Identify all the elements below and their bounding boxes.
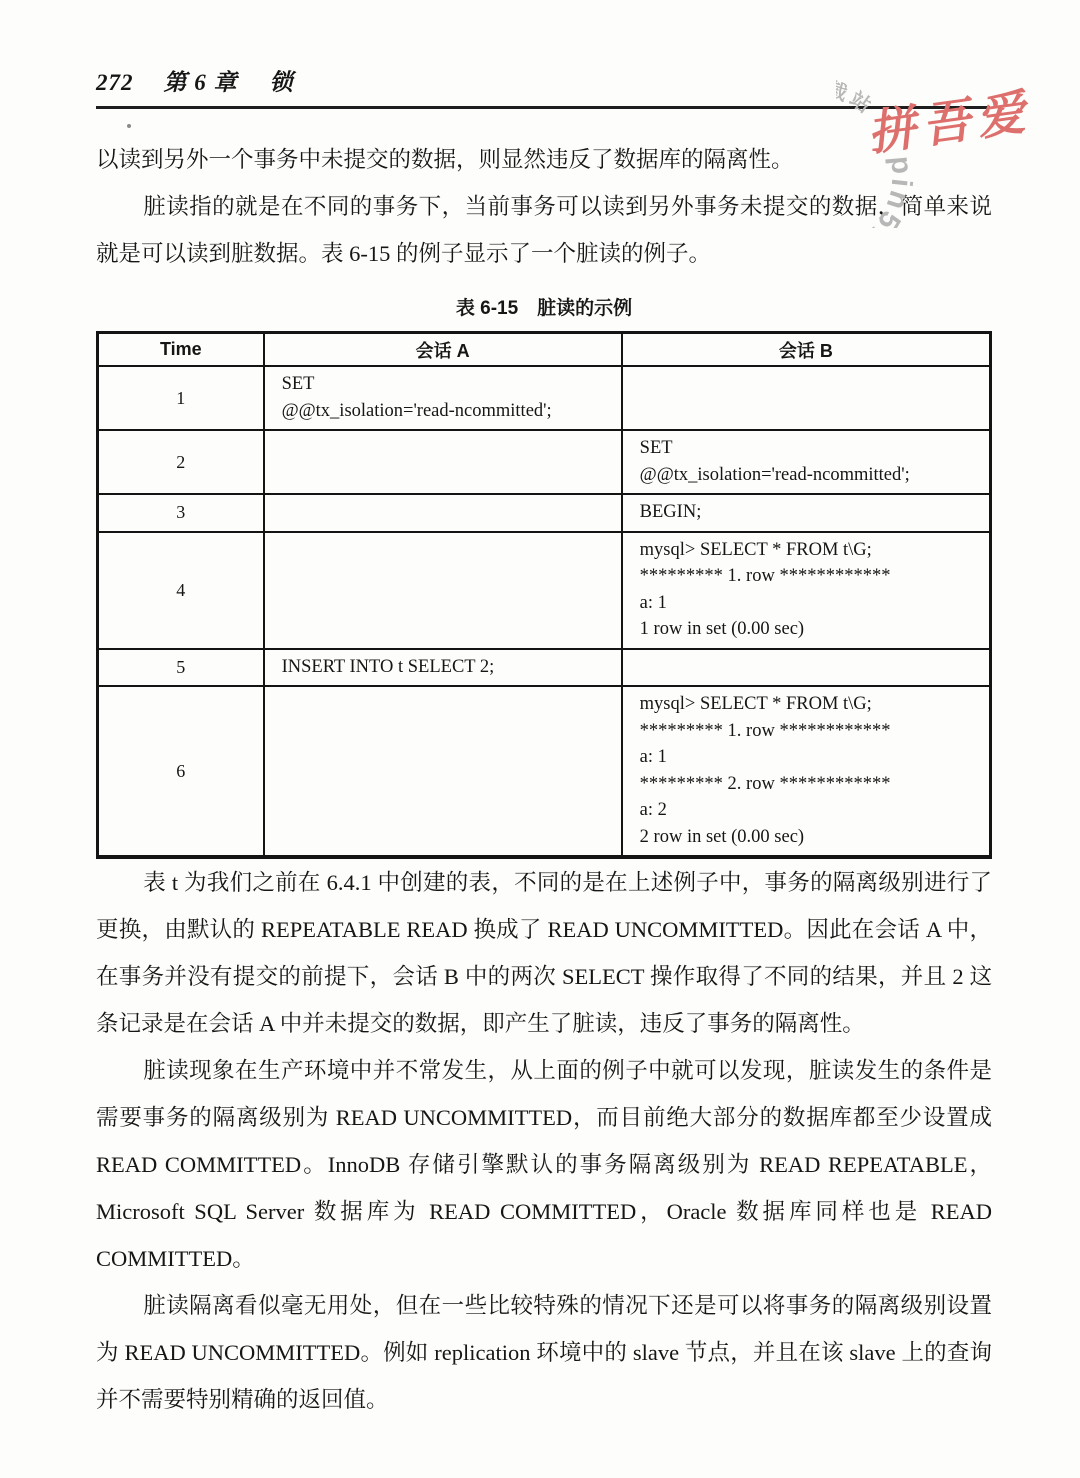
column-header: 会话 A — [264, 333, 622, 367]
cell-time: 3 — [98, 494, 264, 532]
code-line: ********* 1. row ************ — [640, 718, 981, 745]
code-line: @@tx_isolation='read-ncommitted'; — [282, 398, 613, 425]
code-line: ********* 2. row ************ — [640, 771, 981, 798]
cell-time: 6 — [98, 686, 264, 857]
code-line: SET — [282, 371, 613, 398]
code-line: SET — [640, 435, 981, 462]
code-line: 2 row in set (0.00 sec) — [640, 824, 981, 851]
table-row: 5INSERT INTO t SELECT 2; — [98, 649, 991, 687]
table-caption: 表 6-15 脏读的示例 — [96, 293, 992, 320]
table-row: 3BEGIN; — [98, 494, 991, 532]
cell-session-a: INSERT INTO t SELECT 2; — [264, 649, 622, 687]
code-line: mysql> SELECT * FROM t\G; — [640, 537, 981, 564]
cell-session-a — [264, 430, 622, 494]
code-line: BEGIN; — [640, 499, 981, 526]
dirty-read-example-table: Time会话 A会话 B 1SET@@tx_isolation='read-nc… — [96, 331, 992, 859]
cell-time: 1 — [98, 366, 264, 430]
cell-session-a — [264, 494, 622, 532]
code-line: @@tx_isolation='read-ncommitted'; — [640, 462, 981, 489]
cell-session-a — [264, 532, 622, 649]
scan-speck — [127, 124, 131, 128]
code-line: a: 1 — [640, 590, 981, 617]
cell-session-b: mysql> SELECT * FROM t\G;********* 1. ro… — [622, 686, 991, 857]
cell-session-a — [264, 686, 622, 857]
running-head: 272第 6 章锁 — [96, 64, 990, 109]
table-header-row: Time会话 A会话 B — [98, 333, 991, 367]
paragraph: 脏读隔离看似毫无用处，但在一些比较特殊的情况下还是可以将事务的隔离级别设置为 R… — [96, 1282, 992, 1423]
paragraph: 以读到另外一个事务中未提交的数据，则显然违反了数据库的隔离性。 — [96, 136, 992, 183]
cell-session-b: SET@@tx_isolation='read-ncommitted'; — [622, 430, 991, 494]
cell-time: 4 — [98, 532, 264, 649]
cell-session-a: SET@@tx_isolation='read-ncommitted'; — [264, 366, 622, 430]
table-row: 2SET@@tx_isolation='read-ncommitted'; — [98, 430, 991, 494]
cell-session-b: BEGIN; — [622, 494, 991, 532]
paragraph: 脏读现象在生产环境中并不常发生，从上面的例子中就可以发现，脏读发生的条件是需要事… — [96, 1047, 992, 1282]
table-row: 4mysql> SELECT * FROM t\G;********* 1. r… — [98, 532, 991, 649]
table-row: 6mysql> SELECT * FROM t\G;********* 1. r… — [98, 686, 991, 857]
chapter-label: 第 6 章 — [164, 70, 238, 95]
page-number: 272 — [96, 70, 134, 95]
page-body: 以读到另外一个事务中未提交的数据，则显然违反了数据库的隔离性。 脏读指的就是在不… — [96, 136, 992, 1423]
section-title: 锁 — [270, 70, 294, 95]
code-line: a: 1 — [640, 744, 981, 771]
cell-time: 2 — [98, 430, 264, 494]
column-header: Time — [98, 333, 264, 367]
cell-session-b — [622, 649, 991, 687]
column-header: 会话 B — [622, 333, 991, 367]
code-line: INSERT INTO t SELECT 2; — [282, 654, 613, 681]
paragraph: 表 t 为我们之前在 6.4.1 中创建的表，不同的是在上述例子中，事务的隔离级… — [96, 859, 992, 1047]
code-line: ********* 1. row ************ — [640, 563, 981, 590]
code-line: a: 2 — [640, 797, 981, 824]
book-page: { "header": { "page_number": "272", "cha… — [0, 0, 1080, 1478]
table-row: 1SET@@tx_isolation='read-ncommitted'; — [98, 366, 991, 430]
cell-time: 5 — [98, 649, 264, 687]
code-line: mysql> SELECT * FROM t\G; — [640, 691, 981, 718]
code-line: 1 row in set (0.00 sec) — [640, 616, 981, 643]
cell-session-b — [622, 366, 991, 430]
paragraph: 脏读指的就是在不同的事务下，当前事务可以读到另外事务未提交的数据，简单来说就是可… — [96, 183, 992, 277]
cell-session-b: mysql> SELECT * FROM t\G;********* 1. ro… — [622, 532, 991, 649]
